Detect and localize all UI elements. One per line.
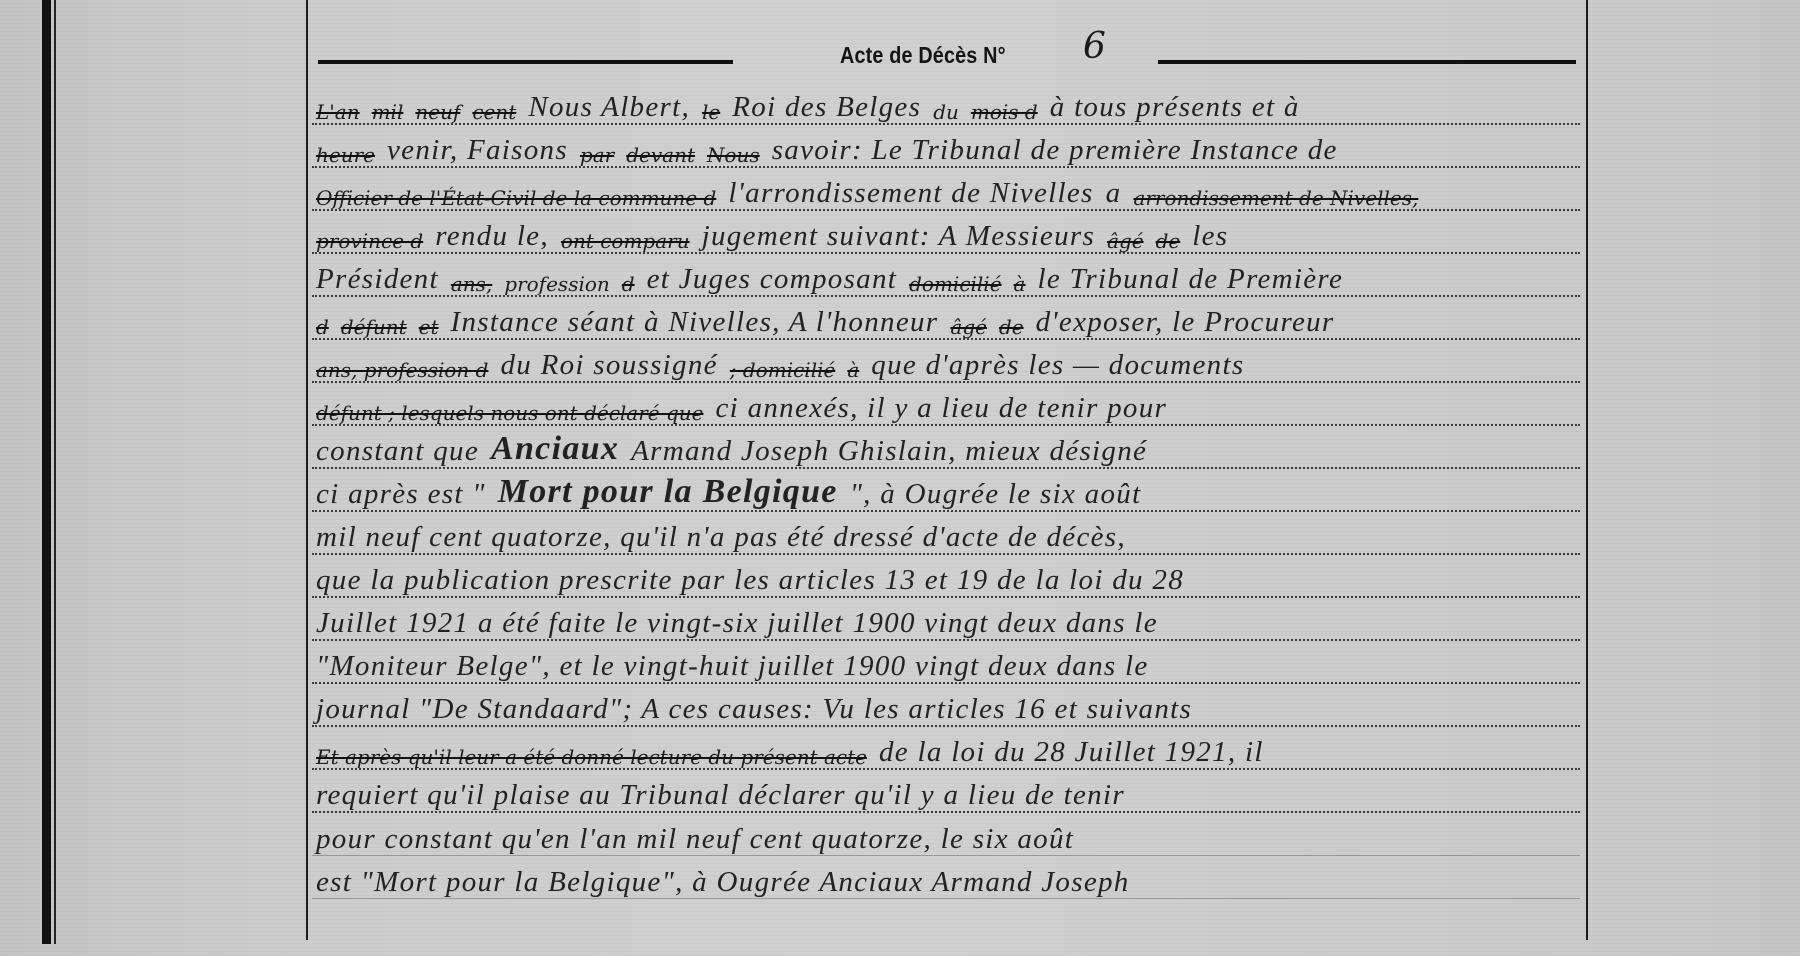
handwritten-text: est "Mort pour la Belgique", à Ougrée An… [316, 868, 1130, 897]
document-line: Présidentans,professiondet Juges composa… [312, 254, 1580, 297]
struck-printed-text: devant [626, 145, 695, 165]
document-line: ddéfuntetInstance séant à Nivelles, A l'… [312, 297, 1580, 340]
handwritten-text: Nous Albert, [528, 93, 690, 122]
handwritten-text: les [1192, 222, 1228, 251]
handwritten-text: Armand Joseph Ghislain, mieux désigné [631, 437, 1147, 466]
document-line: "Moniteur Belge", et le vingt-huit juill… [312, 641, 1580, 684]
struck-printed-text: L'an [316, 102, 360, 122]
handwritten-text: à tous présents et à [1050, 93, 1300, 122]
document-line: Juillet 1921 a été faite le vingt-six ju… [312, 598, 1580, 641]
document-line: constant queAnciauxArmand Joseph Ghislai… [312, 426, 1580, 469]
struck-printed-text: domicilié [909, 274, 1001, 294]
struck-printed-text: ans, [451, 274, 492, 294]
handwritten-text: le Tribunal de Première [1037, 265, 1343, 294]
document-line: heurevenir, FaisonspardevantNoussavoir: … [312, 125, 1580, 168]
struck-printed-text: le [702, 102, 720, 122]
handwritten-text: rendu le, [435, 222, 549, 251]
struck-printed-text: mil [372, 102, 404, 122]
handwritten-text: d'exposer, le Procureur [1036, 308, 1335, 337]
struck-printed-text: à [1014, 274, 1026, 294]
struck-printed-text: à [847, 360, 859, 380]
document-line: Et après qu'il leur a été donné lecture … [312, 727, 1580, 770]
document-line: pour constant qu'en l'an mil neuf cent q… [312, 813, 1580, 856]
struck-printed-text: mois d [971, 102, 1038, 122]
document-line: journal "De Standaard"; A ces causes: Vu… [312, 684, 1580, 727]
handwritten-text: mil neuf cent quatorze, qu'il n'a pas ét… [316, 523, 1126, 552]
struck-printed-text: Et après qu'il leur a été donné lecture … [316, 747, 867, 767]
handwritten-text: du Roi soussigné [500, 351, 717, 380]
struck-printed-text: d [622, 274, 635, 294]
struck-printed-text: âgé [1107, 231, 1144, 251]
binding-margin-rule-thin [54, 0, 56, 944]
document-body: L'anmilneufcentNous Albert,leRoi des Bel… [312, 82, 1580, 899]
struck-printed-text: Nous [707, 145, 760, 165]
handwritten-text: et Juges composant [647, 265, 898, 294]
printed-text: profession [504, 274, 610, 294]
struck-printed-text: de [1156, 231, 1181, 251]
handwritten-text: Juillet 1921 a été faite le vingt-six ju… [316, 609, 1158, 638]
handwritten-text: Roi des Belges [732, 93, 921, 122]
page-left-border [306, 0, 308, 940]
handwritten-text: Anciaux [491, 432, 619, 466]
struck-printed-text: par [580, 145, 614, 165]
document-line: L'anmilneufcentNous Albert,leRoi des Bel… [312, 82, 1580, 125]
printed-text: du [933, 102, 959, 122]
document-line: mil neuf cent quatorze, qu'il n'a pas ét… [312, 512, 1580, 555]
page-right-border [1586, 0, 1588, 940]
handwritten-text: Président [316, 265, 439, 294]
struck-printed-text: ont comparu [561, 231, 690, 251]
document-line: que la publication prescrite par les art… [312, 555, 1580, 598]
struck-printed-text: défunt [341, 317, 407, 337]
struck-printed-text: Officier de l'État-Civil de la commune d [316, 188, 716, 208]
struck-printed-text: et [419, 317, 439, 337]
struck-printed-text: arrondissement de Nivelles, [1133, 188, 1418, 208]
handwritten-text: ", à Ougrée le six août [850, 480, 1142, 509]
document-header: Acte de Décès N° 6 [318, 38, 1578, 78]
handwritten-text: que d'après les — documents [871, 351, 1244, 380]
struck-printed-text: ; domicilié [730, 360, 836, 380]
document-line: ci après est "Mort pour la Belgique", à … [312, 469, 1580, 512]
document-line: requiert qu'il plaise au Tribunal déclar… [312, 770, 1580, 813]
handwritten-text: constant que [316, 437, 479, 466]
handwritten-text: journal "De Standaard"; A ces causes: Vu… [316, 695, 1192, 724]
handwritten-text: ci annexés, il y a lieu de tenir pour [716, 394, 1168, 423]
struck-printed-text: heure [316, 145, 375, 165]
handwritten-text: requiert qu'il plaise au Tribunal déclar… [316, 781, 1125, 810]
handwritten-text: l'arrondissement de Nivelles [728, 179, 1093, 208]
struck-printed-text: défunt ; lesquels nous ont déclaré que [316, 403, 704, 423]
document-title: Acte de Décès N° [840, 42, 1006, 69]
document-line: est "Mort pour la Belgique", à Ougrée An… [312, 856, 1580, 899]
handwritten-text: savoir: Le Tribunal de première Instance… [772, 136, 1338, 165]
handwritten-text: que la publication prescrite par les art… [316, 566, 1184, 595]
handwritten-text: jugement suivant: A Messieurs [702, 222, 1095, 251]
handwritten-text: Instance séant à Nivelles, A l'honneur [451, 308, 939, 337]
binding-margin-rule-thick [42, 0, 51, 944]
handwritten-text: ci après est " [316, 480, 486, 509]
document-line: Officier de l'État-Civil de la commune d… [312, 168, 1580, 211]
act-number: 6 [1083, 26, 1106, 67]
struck-printed-text: neuf [415, 102, 460, 122]
struck-printed-text: cent [472, 102, 516, 122]
handwritten-text: a [1106, 179, 1122, 208]
handwritten-text: "Moniteur Belge", et le vingt-huit juill… [316, 652, 1149, 681]
handwritten-text: venir, Faisons [387, 136, 568, 165]
handwritten-text: Mort pour la Belgique [498, 475, 838, 509]
document-line: ans, profession ddu Roi soussigné; domic… [312, 340, 1580, 383]
header-rule-right [1158, 60, 1576, 64]
struck-printed-text: province d [316, 231, 423, 251]
document-line: défunt ; lesquels nous ont déclaré queci… [312, 383, 1580, 426]
header-rule-left [318, 60, 733, 64]
handwritten-text: de la loi du 28 Juillet 1921, il [879, 738, 1264, 767]
struck-printed-text: âgé [950, 317, 987, 337]
handwritten-text: pour constant qu'en l'an mil neuf cent q… [316, 825, 1074, 854]
struck-printed-text: de [999, 317, 1024, 337]
struck-printed-text: d [316, 317, 329, 337]
struck-printed-text: ans, profession d [316, 360, 488, 380]
document-line: province drendu le,ont comparujugement s… [312, 211, 1580, 254]
